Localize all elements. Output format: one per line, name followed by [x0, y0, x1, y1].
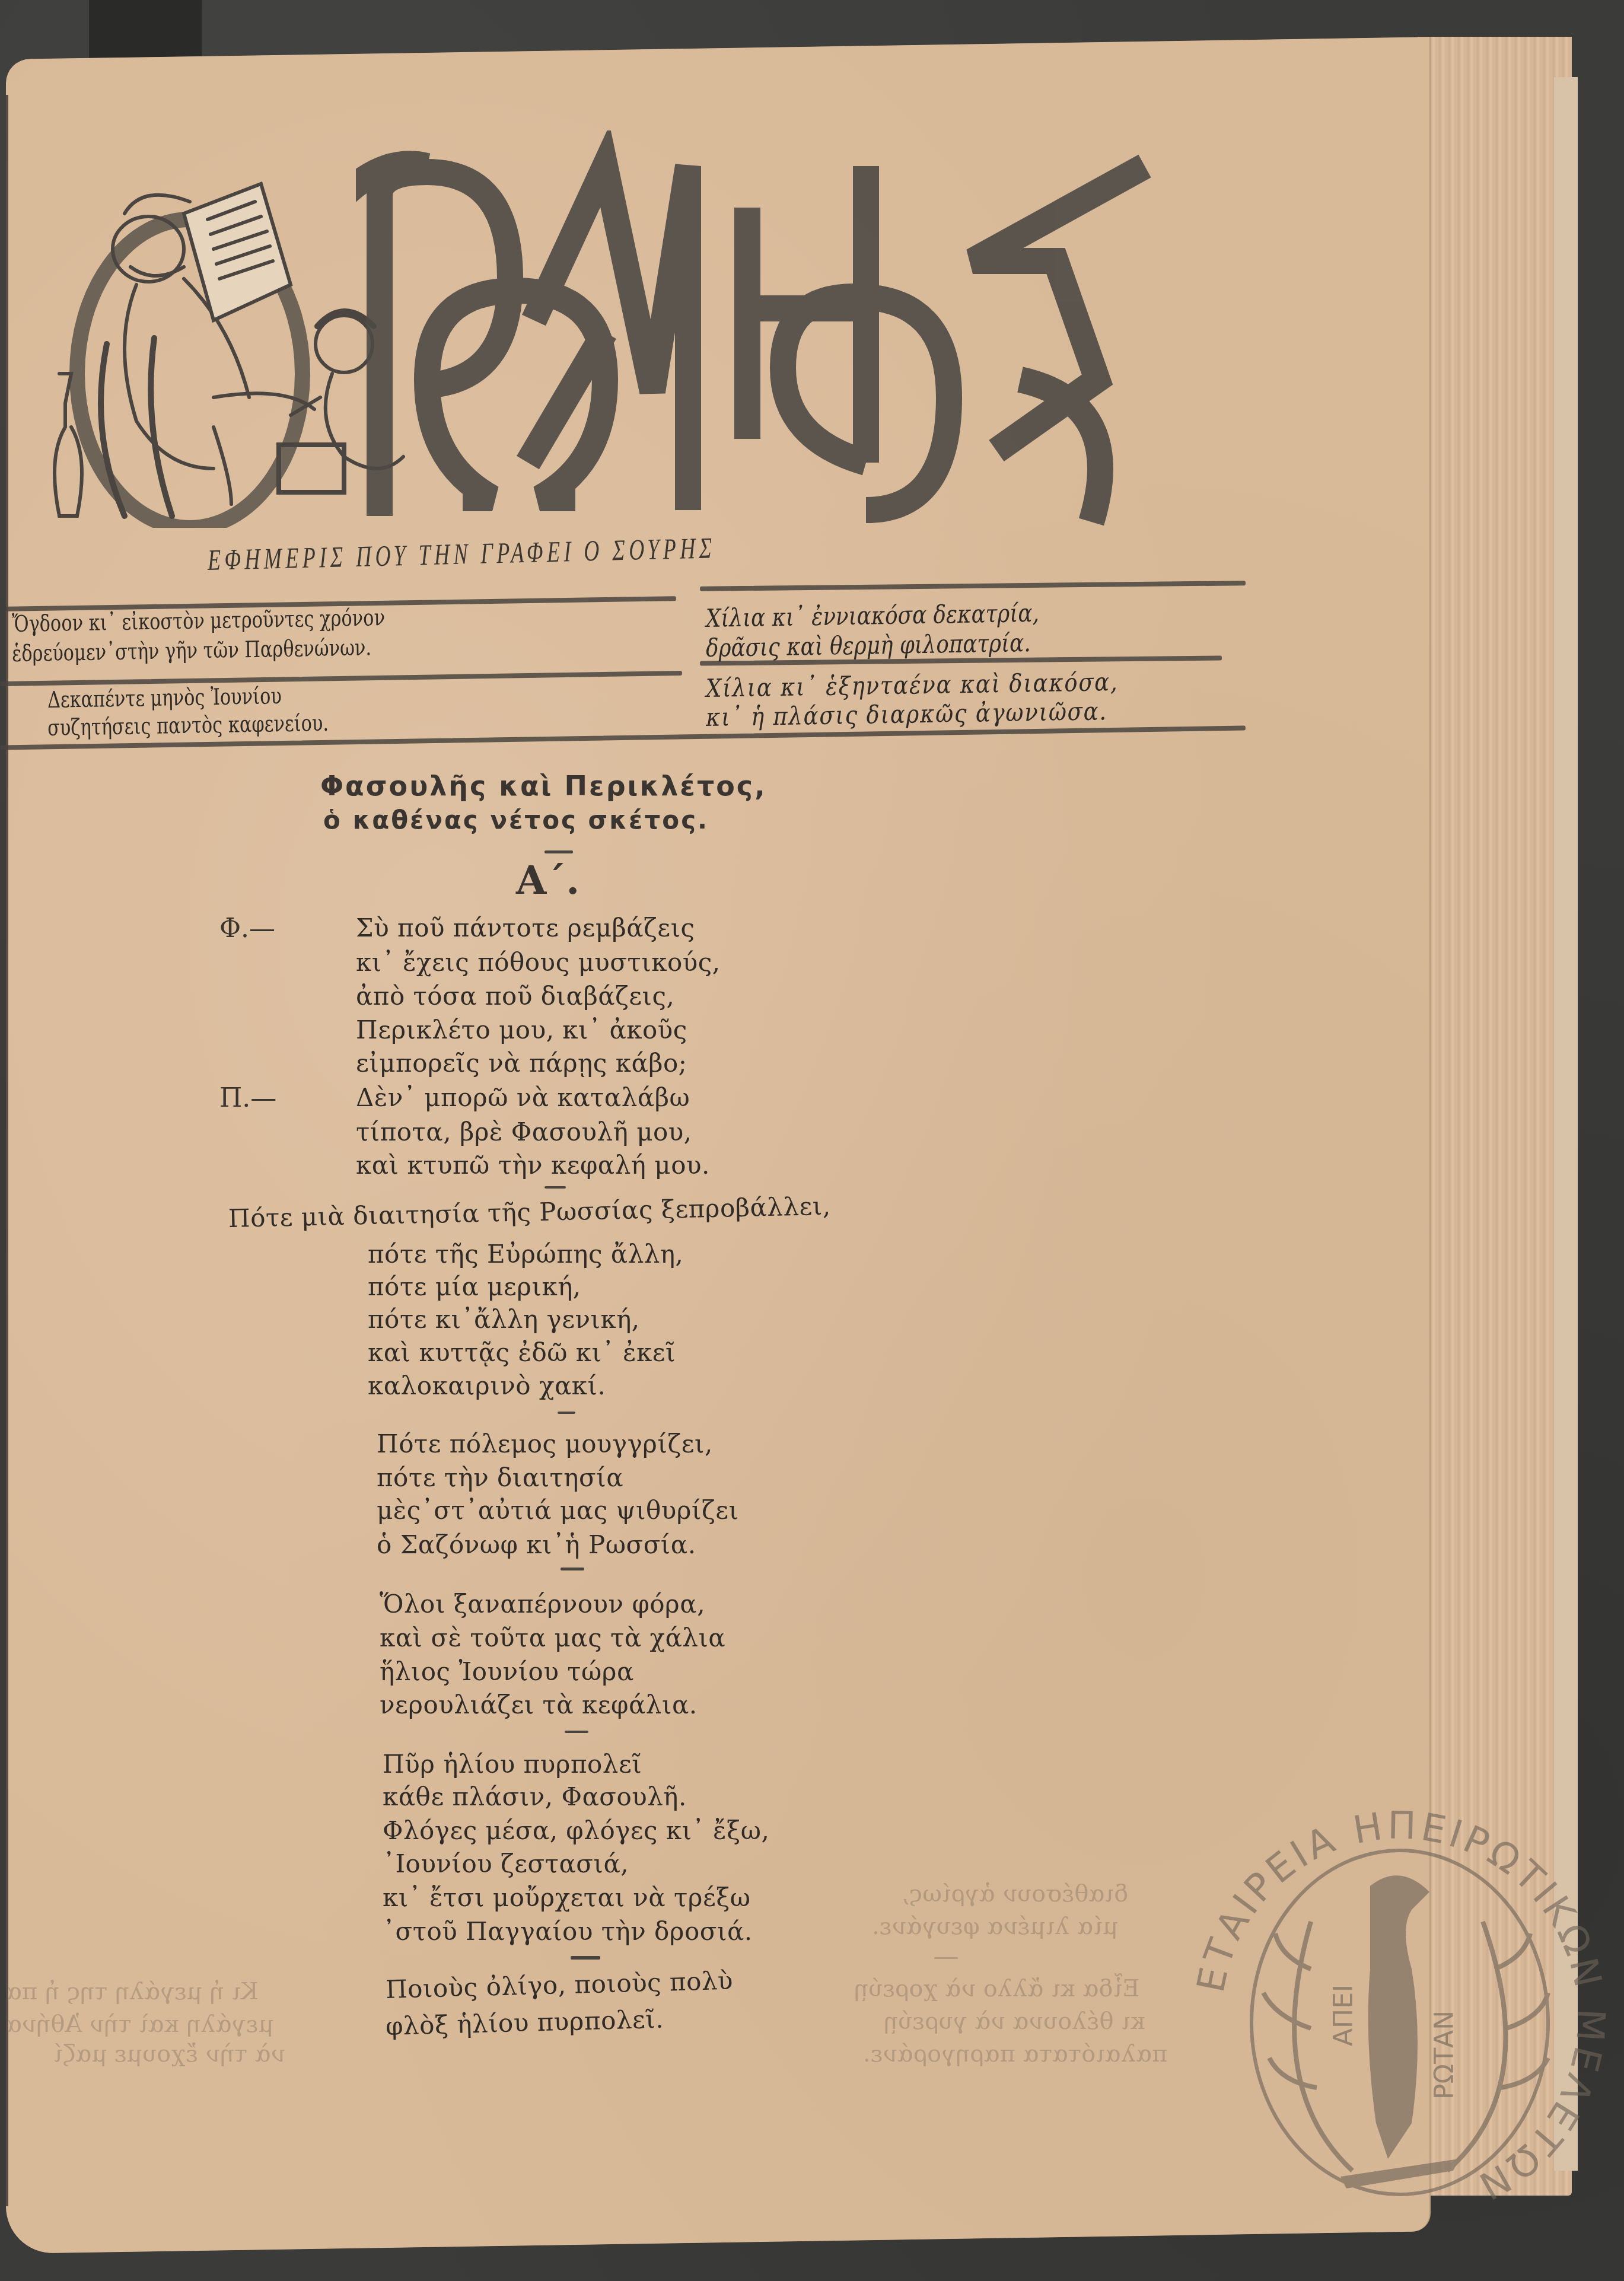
section-number: Α΄. [516, 857, 579, 903]
poem-title-line2: ὁ καθένας νέτος σκέτος. [323, 805, 709, 834]
verse-line: ᾽στοῦ Παγγαίου τὴν δροσιά. [383, 1917, 753, 1946]
verse-line: ἥλιος Ἰουνίου τώρα [380, 1657, 634, 1686]
verse-line: κάθε πλάσιν, Φασουλῆ. [383, 1782, 687, 1811]
header-right-1-line1: Χίλια κι᾽ ἐννιακόσα δεκατρία, [706, 598, 1039, 633]
masthead: Ο ΡΩΜΗΟΣ [24, 130, 1210, 540]
stanza-divider [544, 1186, 566, 1189]
verse-line: πότε μία μερική, [368, 1272, 581, 1301]
speaker-periklitos: Π.— [219, 1083, 276, 1113]
verse-line: πότε τὴν διαιτησία [377, 1463, 623, 1492]
bleed-through-text: μεγάλη καὶ τὴν Ἀθήνα [6, 2011, 273, 2038]
masthead-title-logo: Ο ΡΩΜΗΟΣ [356, 130, 1210, 534]
verse-line: καὶ κυττᾷς ἐδῶ κι᾽ ἐκεῖ [368, 1338, 676, 1367]
header-left-2-line1: Δεκαπέντε μηνὸς Ἰουνίου [47, 683, 282, 713]
verse-line: Ὅλοι ξαναπέρνουν φόρα, [380, 1589, 705, 1619]
section-dash [544, 850, 573, 853]
verse-line: Δὲν᾽ μπορῶ νὰ καταλάβω [356, 1083, 690, 1112]
svg-text:ΡΩΤΑΝ: ΡΩΤΑΝ [1429, 2011, 1460, 2100]
page-gutter-line [6, 95, 8, 2206]
bleed-through-text: κι θέλουνα νὰ γυρεύῃ [884, 2008, 1145, 2035]
library-stamp-icon: ΕΤΑΙΡΕΙΑ ΗΠΕΙΡΩΤΙΚΩΝ ΜΕΛΕΤΩΝ ΑΠΕΙ ΡΩΤΑΝ [1174, 1791, 1624, 2242]
verse-line: Περικλέτο μου, κι᾽ ἀκοῦς [356, 1015, 687, 1044]
verse-line: πότε τῆς Εὐρώπης ἄλλη, [368, 1240, 683, 1269]
verse-line: Φλόγες μέσα, φλόγες κι᾽ ἔξω, [383, 1816, 769, 1845]
verse-line: εἰμπορεῖς νὰ πάρῃς κάβο; [356, 1049, 687, 1078]
verse-line: πότε κι᾽ἄλλη γενική, [368, 1305, 640, 1334]
verse-line: μὲς᾽στ᾽αὐτιά μας ψιθυρίζει [377, 1496, 738, 1525]
header-left-2-line2: συζητήσεις παντὸς καφενείου. [47, 710, 329, 741]
verse-line: καὶ κτυπῶ τὴν κεφαλή μου. [356, 1151, 710, 1180]
verse-line: καλοκαιρινὸ χακί. [368, 1371, 606, 1400]
verse-line: τίποτα, βρὲ Φασουλῆ μου, [356, 1117, 692, 1146]
svg-text:ΑΠΕΙ: ΑΠΕΙ [1329, 1984, 1359, 2046]
bleed-through-dash [934, 1957, 958, 1959]
poem-title-line1: Φασουλῆς καὶ Περικλέτος, [320, 770, 767, 802]
verse-line: ᾽Ιουνίου ζεστασιά, [383, 1849, 629, 1878]
header-right-1-line2: δρᾶσις καὶ θερμὴ φιλοπατρία. [706, 628, 1031, 662]
bleed-through-text: διαθέσουν ἀγρίως, [902, 1880, 1128, 1907]
verse-line: Πότε πόλεμος μουγγρίζει, [377, 1429, 713, 1458]
verse-line: ἀπὸ τόσα ποῦ διαβάζεις, [356, 982, 674, 1011]
stanza-divider [561, 1568, 584, 1570]
bleed-through-text: παλαιότατα παρηγοράνε. [863, 2040, 1167, 2067]
verse-line: Σὺ ποῦ πάντοτε ρεμβάζεις [356, 913, 695, 942]
verse-line: καὶ σὲ τοῦτα μας τὰ χάλια [380, 1623, 725, 1652]
bleed-through-text: Εἶδα κι ἄλλο νὰ χορεύῃ [854, 1975, 1139, 2002]
stanza-divider [565, 1731, 588, 1733]
verse-line: Πῦρ ἡλίου πυρπολεῖ [383, 1750, 642, 1779]
stanza-divider [571, 1956, 600, 1960]
verse-line: ὁ Σαζόνωφ κι᾽ἡ Ρωσσία. [377, 1530, 696, 1559]
bleed-through-text: νὰ τὴν ἔχουμε μαζί [53, 2040, 285, 2067]
speaker-fasoulis: Φ.— [219, 913, 275, 944]
stanza-divider [558, 1412, 575, 1414]
verse-line: κι᾽ ἔχεις πόθους μυστικούς, [356, 948, 721, 977]
verse-line: νερουλιάζει τὰ κεφάλια. [380, 1690, 698, 1719]
bleed-through-text: μία λιμένα φευγάνε. [872, 1913, 1118, 1940]
bleed-through-text: Κι ἡ μεγάλη της ἡ πα [6, 1978, 259, 2005]
book-cover-strap [89, 0, 202, 59]
verse-line: κι᾽ ἔτσι μοὔρχεται νὰ τρέξω [383, 1883, 751, 1912]
